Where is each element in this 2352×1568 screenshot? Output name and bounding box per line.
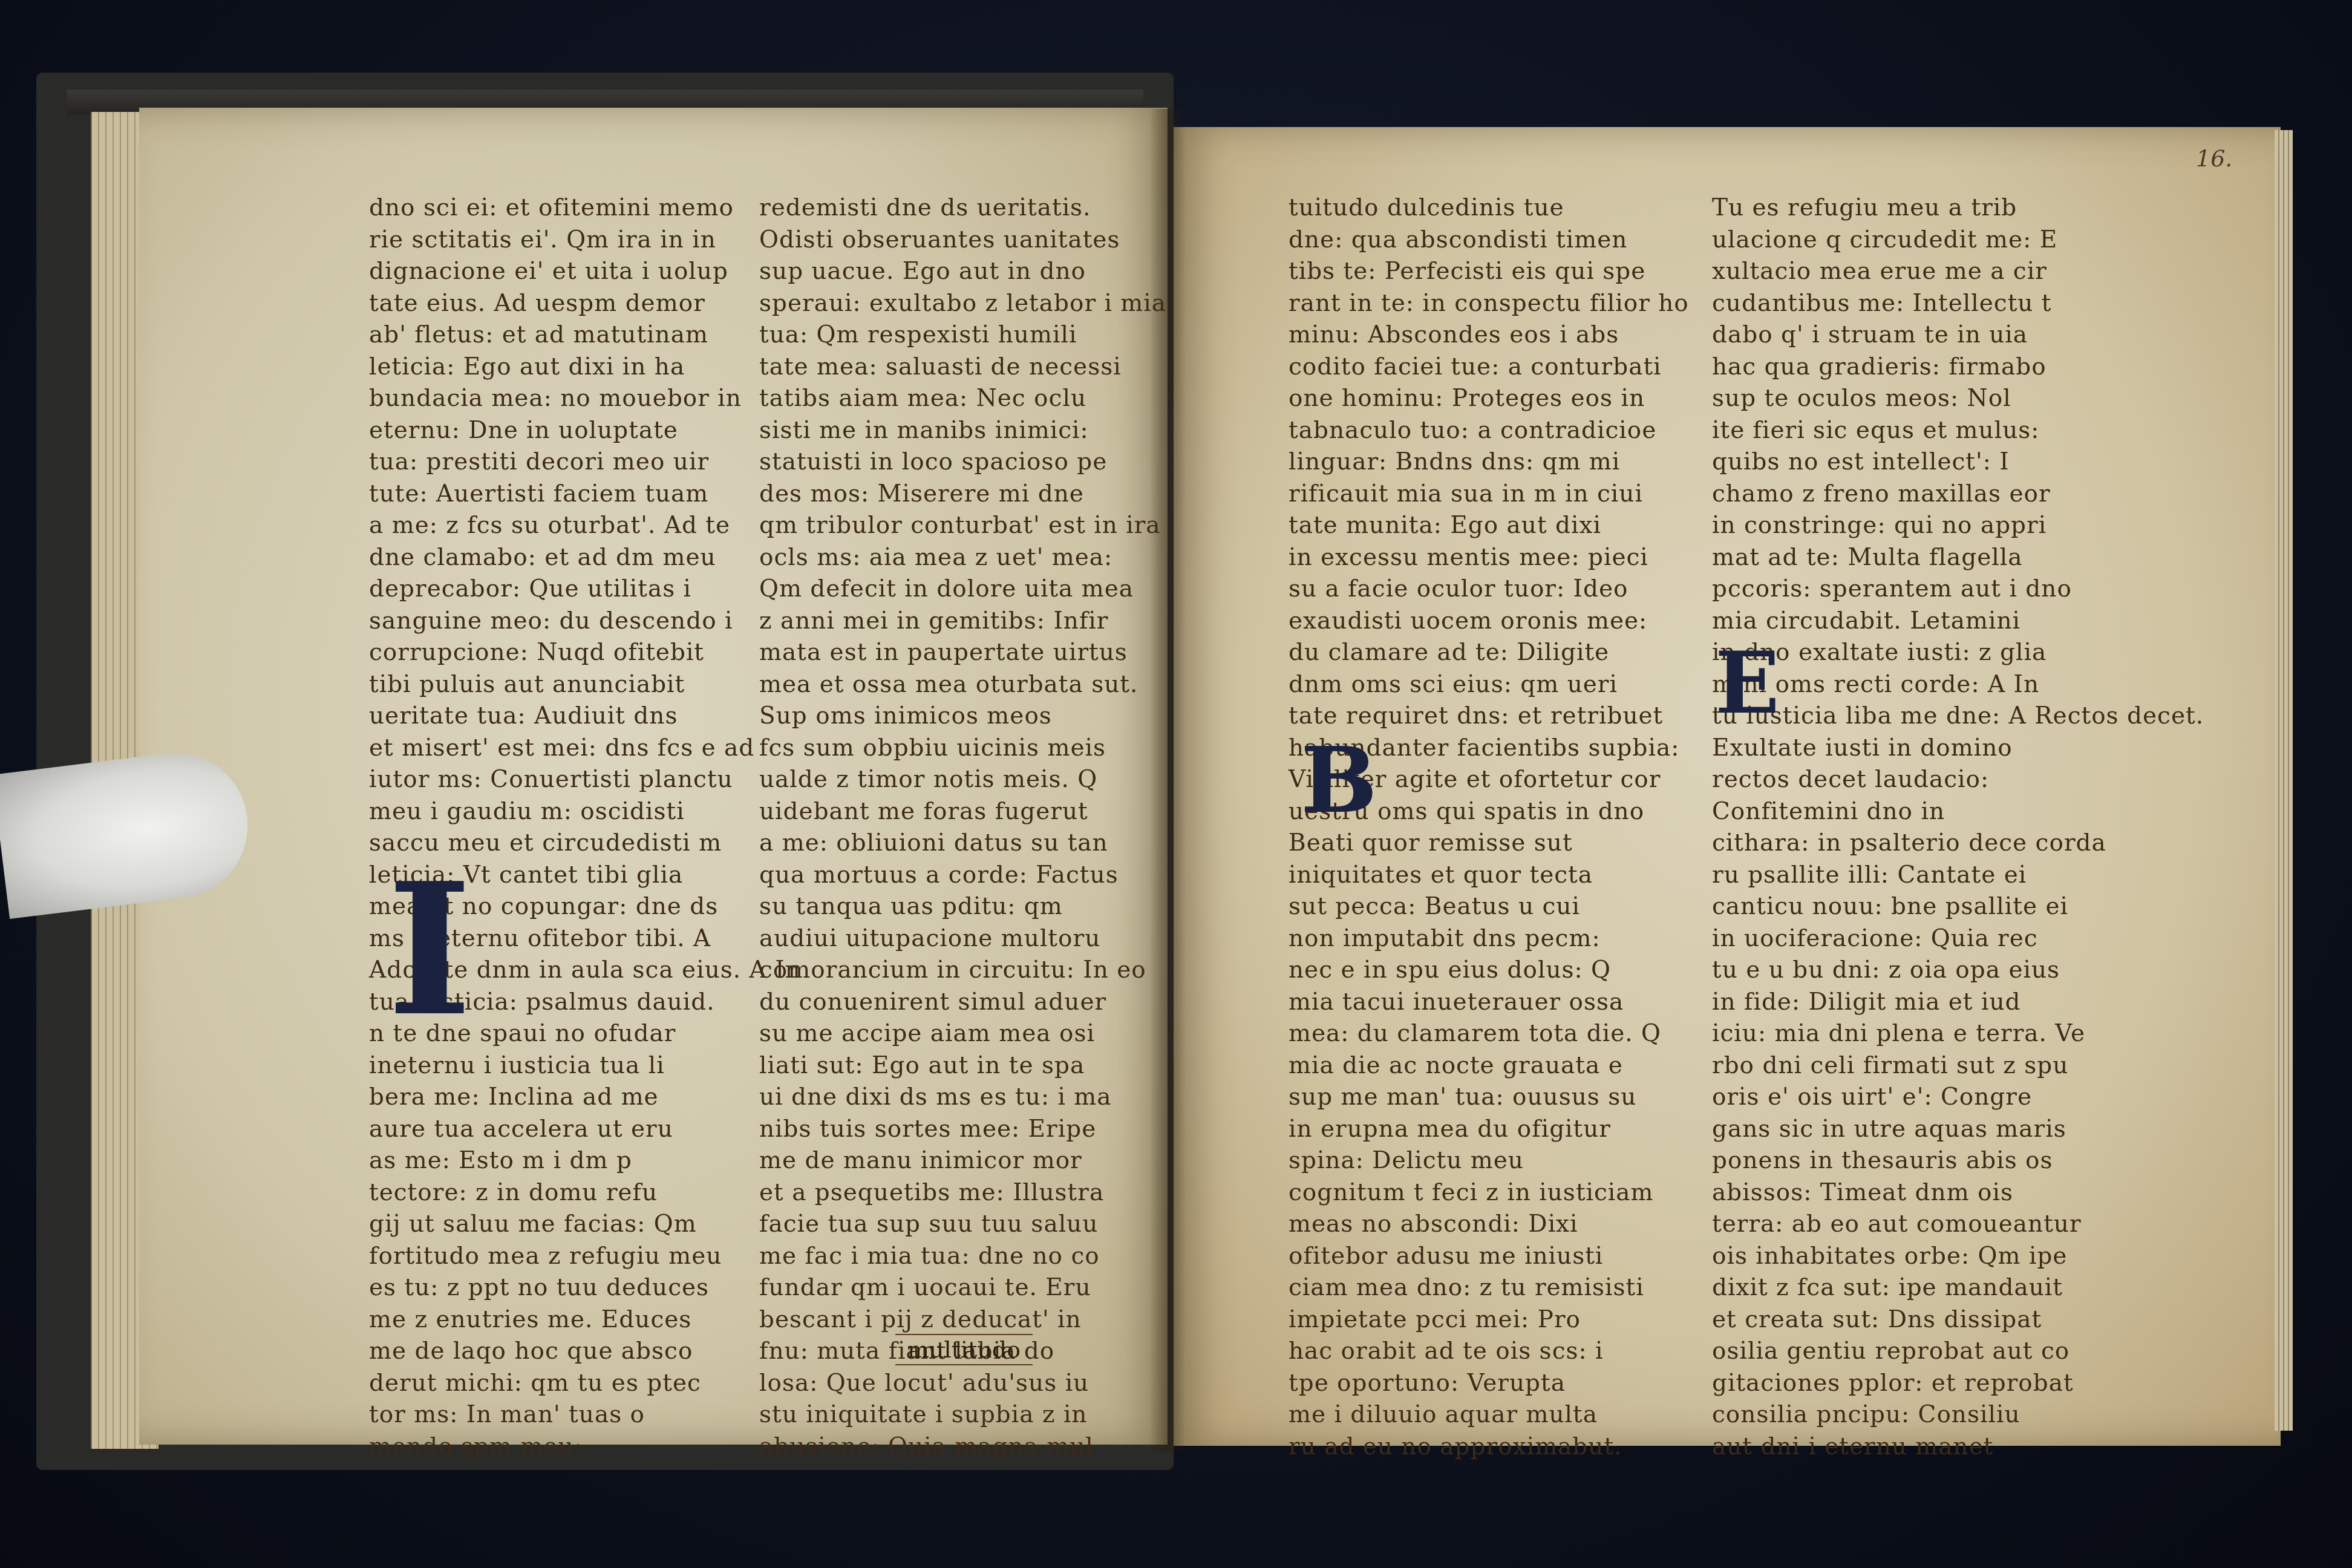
manuscript-line: sup uacue. Ego aut in dno: [759, 256, 1146, 288]
manuscript-line: uidebant me foras fugerut: [759, 796, 1146, 828]
manuscript-line: su me accipe aiam mea osi: [759, 1018, 1146, 1050]
manuscript-line: et creata sut: Dns dissipat: [1712, 1304, 2099, 1336]
manuscript-line: qm tribulor conturbat' est in ira: [759, 510, 1146, 542]
manuscript-line: sup me man' tua: ouusus su: [1289, 1082, 1676, 1114]
illuminated-initial-B: B: [1301, 735, 1377, 826]
right-page-stack-edges: [2275, 130, 2293, 1431]
manuscript-line: facie tua sup suu tuu saluu: [759, 1209, 1146, 1241]
manuscript-line: dabo q' i struam te in uia: [1712, 319, 2099, 351]
manuscript-line: hac orabit ad te ois scs: i: [1289, 1336, 1676, 1368]
manuscript-line: me fac i mia tua: dne no co: [759, 1241, 1146, 1273]
manuscript-line: tpe oportuno: Verupta: [1289, 1368, 1676, 1400]
manuscript-line: tibi puluis aut anunciabit: [369, 669, 756, 701]
manuscript-line: rectos decet laudacio:: [1712, 764, 2099, 796]
manuscript-line: linguar: Bndns dns: qm mi: [1289, 446, 1676, 479]
manuscript-line: rbo dni celi firmati sut z spu: [1712, 1050, 2099, 1082]
manuscript-line: ru psallite illi: Cantate ei: [1712, 860, 2099, 892]
manuscript-line: losa: Que locut' adu'sus iu: [759, 1368, 1146, 1400]
manuscript-line: dne: qua abscondisti timen: [1289, 224, 1676, 256]
manuscript-line: in fide: Diligit mia et iud: [1712, 987, 2099, 1019]
text-column-2: redemisti dne ds ueritatis.Odisti obseru…: [759, 192, 1146, 1463]
manuscript-line: one hominu: Proteges eos in: [1289, 383, 1676, 415]
manuscript-line: a me: obliuioni datus su tan: [759, 828, 1146, 860]
manuscript-line: liati sut: Ego aut in te spa: [759, 1050, 1146, 1082]
manuscript-line: ite fieri sic equs et mulus:: [1712, 415, 2099, 447]
manuscript-line: leticia: Ego aut dixi in ha: [369, 351, 756, 384]
illuminated-initial-E: E: [1715, 641, 1780, 726]
manuscript-line: mia die ac nocte grauata e: [1289, 1050, 1676, 1082]
manuscript-line: ois inhabitates orbe: Qm ipe: [1712, 1241, 2099, 1273]
manuscript-line: cithara: in psalterio dece corda: [1712, 828, 2099, 860]
manuscript-line: terra: ab eo aut comoueantur: [1712, 1209, 2099, 1241]
manuscript-line: dixit z fca sut: ipe mandauit: [1712, 1272, 2099, 1304]
manuscript-line: tor ms: In man' tuas o: [369, 1399, 756, 1431]
manuscript-line: tute: Auertisti faciem tuam: [369, 479, 756, 511]
manuscript-line: et a psequetibs me: Illustra: [759, 1177, 1146, 1209]
manuscript-line: spina: Delictu meu: [1289, 1145, 1676, 1177]
manuscript-line: iutor ms: Conuertisti planctu: [369, 764, 756, 796]
manuscript-line: tu e u bu dni: z oia opa eius: [1712, 955, 2099, 987]
manuscript-line: abissos: Timeat dnm ois: [1712, 1177, 2099, 1209]
manuscript-line: nibs tuis sortes mee: Eripe: [759, 1114, 1146, 1146]
manuscript-line: es tu: z ppt no tuu deduces: [369, 1272, 756, 1304]
manuscript-line: aure tua accelera ut eru: [369, 1114, 756, 1146]
manuscript-line: tua: prestiti decori meo uir: [369, 446, 756, 479]
manuscript-line: rificauit mia sua in m in ciui: [1289, 479, 1676, 511]
manuscript-line: ualde z timor notis meis. Q: [759, 764, 1146, 796]
manuscript-line: su tanqua uas pditu: qm: [759, 891, 1146, 923]
manuscript-line: tua: Qm respexisti humili: [759, 319, 1146, 351]
manuscript-line: pccoris: sperantem aut i dno: [1712, 573, 2099, 606]
manuscript-line: me z enutries me. Educes: [369, 1304, 756, 1336]
manuscript-line: cudantibus me: Intellectu t: [1712, 288, 2099, 320]
manuscript-line: osilia gentiu reprobat aut co: [1712, 1336, 2099, 1368]
manuscript-line: deprecabor: Que utilitas i: [369, 573, 756, 606]
manuscript-line: du conuenirent simul aduer: [759, 987, 1146, 1019]
manuscript-line: rant in te: in conspectu filior ho: [1289, 288, 1676, 320]
manuscript-line: a me: z fcs su oturbat'. Ad te: [369, 510, 756, 542]
manuscript-line: in erupna mea du ofigitur: [1289, 1114, 1676, 1146]
manuscript-line: as me: Esto m i dm p: [369, 1145, 756, 1177]
manuscript-line: tate eius. Ad uespm demor: [369, 288, 756, 320]
manuscript-line: tabnaculo tuo: a contradicioe: [1289, 415, 1676, 447]
manuscript-line: tate mea: saluasti de necessi: [759, 351, 1146, 384]
manuscript-line: mat ad te: Multa flagella: [1712, 542, 2099, 574]
manuscript-line: ofitebor adusu me iniusti: [1289, 1241, 1676, 1273]
manuscript-line: impietate pcci mei: Pro: [1289, 1304, 1676, 1336]
manuscript-line: et misert' est mei: dns fcs e ad: [369, 733, 756, 765]
manuscript-line: mendo spm meu:: [369, 1431, 756, 1463]
manuscript-line: bundacia mea: no mouebor in: [369, 383, 756, 415]
manuscript-line: ponens in thesauris abis os: [1712, 1145, 2099, 1177]
manuscript-line: nec e in spu eius dolus: Q: [1289, 955, 1676, 987]
manuscript-line: stu iniquitate i supbia z in: [759, 1399, 1146, 1431]
manuscript-line: redemisti dne ds ueritatis.: [759, 192, 1146, 224]
manuscript-line: canticu nouu: bne psallite ei: [1712, 891, 2099, 923]
manuscript-line: aut dni i eternu manet: [1712, 1431, 2099, 1463]
manuscript-line: dnm oms sci eius: qm ueri: [1289, 669, 1676, 701]
manuscript-line: gij ut saluu me facias: Qm: [369, 1209, 756, 1241]
manuscript-line: mia circudabit. Letamini: [1712, 606, 2099, 638]
manuscript-line: comorancium in circuitu: In eo: [759, 955, 1146, 987]
folio-number: 16.: [2196, 145, 2232, 172]
manuscript-line: in excessu mentis mee: pieci: [1289, 542, 1676, 574]
manuscript-line: hac qua gradieris: firmabo: [1712, 351, 2099, 384]
manuscript-line: tate munita: Ego aut dixi: [1289, 510, 1676, 542]
manuscript-line: meas no abscondi: Dixi: [1289, 1209, 1676, 1241]
manuscript-line: iciu: mia dni plena e terra. Ve: [1712, 1018, 2099, 1050]
manuscript-line: bera me: Inclina ad me: [369, 1082, 756, 1114]
manuscript-line: ab' fletus: et ad matutinam: [369, 319, 756, 351]
manuscript-line: rie sctitatis ei'. Qm ira in in: [369, 224, 756, 256]
manuscript-line: cognitum t feci z in iusticiam: [1289, 1177, 1676, 1209]
manuscript-line: fcs sum obpbiu uicinis meis: [759, 733, 1146, 765]
manuscript-line: Odisti obseruantes uanitates: [759, 224, 1146, 256]
manuscript-line: Confitemini dno in: [1712, 796, 2099, 828]
manuscript-line: sup te oculos meos: Nol: [1712, 383, 2099, 415]
manuscript-line: speraui: exultabo z letabor i mia: [759, 288, 1146, 320]
manuscript-line: bescant i pij z deducat' in: [759, 1304, 1146, 1336]
manuscript-line: oris e' ois uirt' e': Congre: [1712, 1082, 2099, 1114]
manuscript-line: ueritate tua: Audiuit dns: [369, 701, 756, 733]
manuscript-line: xultacio mea erue me a cir: [1712, 256, 2099, 288]
manuscript-line: ocls ms: aia mea z uet' mea:: [759, 542, 1146, 574]
manuscript-line: dne clamabo: et ad dm meu: [369, 542, 756, 574]
manuscript-line: meu i gaudiu m: oscidisti: [369, 796, 756, 828]
manuscript-line: minu: Abscondes eos i abs: [1289, 319, 1676, 351]
manuscript-line: tibs te: Perfecisti eis qui spe: [1289, 256, 1676, 288]
manuscript-line: derut michi: qm tu es ptec: [369, 1368, 756, 1400]
manuscript-line: su a facie oculor tuor: Ideo: [1289, 573, 1676, 606]
manuscript-line: me de laqo hoc que absco: [369, 1336, 756, 1368]
manuscript-line: abusione: Quia magna mul: [759, 1431, 1146, 1463]
manuscript-line: mea: du clamarem tota die. Q: [1289, 1018, 1676, 1050]
manuscript-line: ui dne dixi ds ms es tu: i ma: [759, 1082, 1146, 1114]
manuscript-line: iniquitates et quor tecta: [1289, 860, 1676, 892]
manuscript-line: Exultate iusti in domino: [1712, 733, 2099, 765]
manuscript-line: fortitudo mea z refugiu meu: [369, 1241, 756, 1273]
manuscript-line: exaudisti uocem oronis mee:: [1289, 606, 1676, 638]
manuscript-line: audiui uitupacione multoru: [759, 923, 1146, 955]
manuscript-line: me de manu inimicor mor: [759, 1145, 1146, 1177]
text-column-4: Tu es refugiu meu a tribulacione q circu…: [1712, 192, 2099, 1463]
manuscript-line: ciam mea dno: z tu remisisti: [1289, 1272, 1676, 1304]
manuscript-line: non imputabit dns pecm:: [1289, 923, 1676, 955]
manuscript-line: consilia pncipu: Consiliu: [1712, 1399, 2099, 1431]
manuscript-line: mia tacui inueterauer ossa: [1289, 987, 1676, 1019]
manuscript-line: tuitudo dulcedinis tue: [1289, 192, 1676, 224]
manuscript-line: gitaciones pplor: et reprobat: [1712, 1368, 2099, 1400]
illuminated-initial-I: I: [387, 859, 472, 1040]
manuscript-line: statuisti in loco spacioso pe: [759, 446, 1146, 479]
manuscript-line: dno sci ei: et ofitemini memo: [369, 192, 756, 224]
manuscript-line: codito faciei tue: a conturbati: [1289, 351, 1676, 384]
manuscript-line: in constringe: qui no appri: [1712, 510, 2099, 542]
manuscript-line: quibs no est intellect': I: [1712, 446, 2099, 479]
manuscript-line: ulacione q circudedit me: E: [1712, 224, 2099, 256]
manuscript-line: corrupcione: Nuqd ofitebit: [369, 637, 756, 669]
manuscript-line: z anni mei in gemitibs: Infir: [759, 606, 1146, 638]
text-column-1: dno sci ei: et ofitemini memorie sctitat…: [369, 192, 756, 1463]
manuscript-line: sut pecca: Beatus u cui: [1289, 891, 1676, 923]
manuscript-line: fundar qm i uocaui te. Eru: [759, 1272, 1146, 1304]
manuscript-line: du clamare ad te: Diligite: [1289, 637, 1676, 669]
manuscript-line: dignacione ei' et uita i uolup: [369, 256, 756, 288]
manuscript-line: Qm defecit in dolore uita mea: [759, 573, 1146, 606]
manuscript-line: ru ad eu no approximabut.: [1289, 1431, 1676, 1463]
manuscript-line: in uociferacione: Quia rec: [1712, 923, 2099, 955]
manuscript-line: Sup oms inimicos meos: [759, 701, 1146, 733]
manuscript-line: qua mortuus a corde: Factus: [759, 860, 1146, 892]
manuscript-line: sanguine meo: du descendo i: [369, 606, 756, 638]
manuscript-line: mata est in paupertate uirtus: [759, 637, 1146, 669]
manuscript-line: mea et ossa mea oturbata sut.: [759, 669, 1146, 701]
manuscript-line: tectore: z in domu refu: [369, 1177, 756, 1209]
manuscript-line: gans sic in utre aquas maris: [1712, 1114, 2099, 1146]
manuscript-line: tatibs aiam mea: Nec oclu: [759, 383, 1146, 415]
manuscript-line: des mos: Miserere mi dne: [759, 479, 1146, 511]
manuscript-line: eternu: Dne in uoluptate: [369, 415, 756, 447]
manuscript-line: chamo z freno maxillas eor: [1712, 479, 2099, 511]
manuscript-line: me i diluuio aquar multa: [1289, 1399, 1676, 1431]
manuscript-line: sisti me in manibs inimici:: [759, 415, 1146, 447]
manuscript-line: Tu es refugiu meu a trib: [1712, 192, 2099, 224]
catchword: multitudo: [895, 1334, 1033, 1365]
